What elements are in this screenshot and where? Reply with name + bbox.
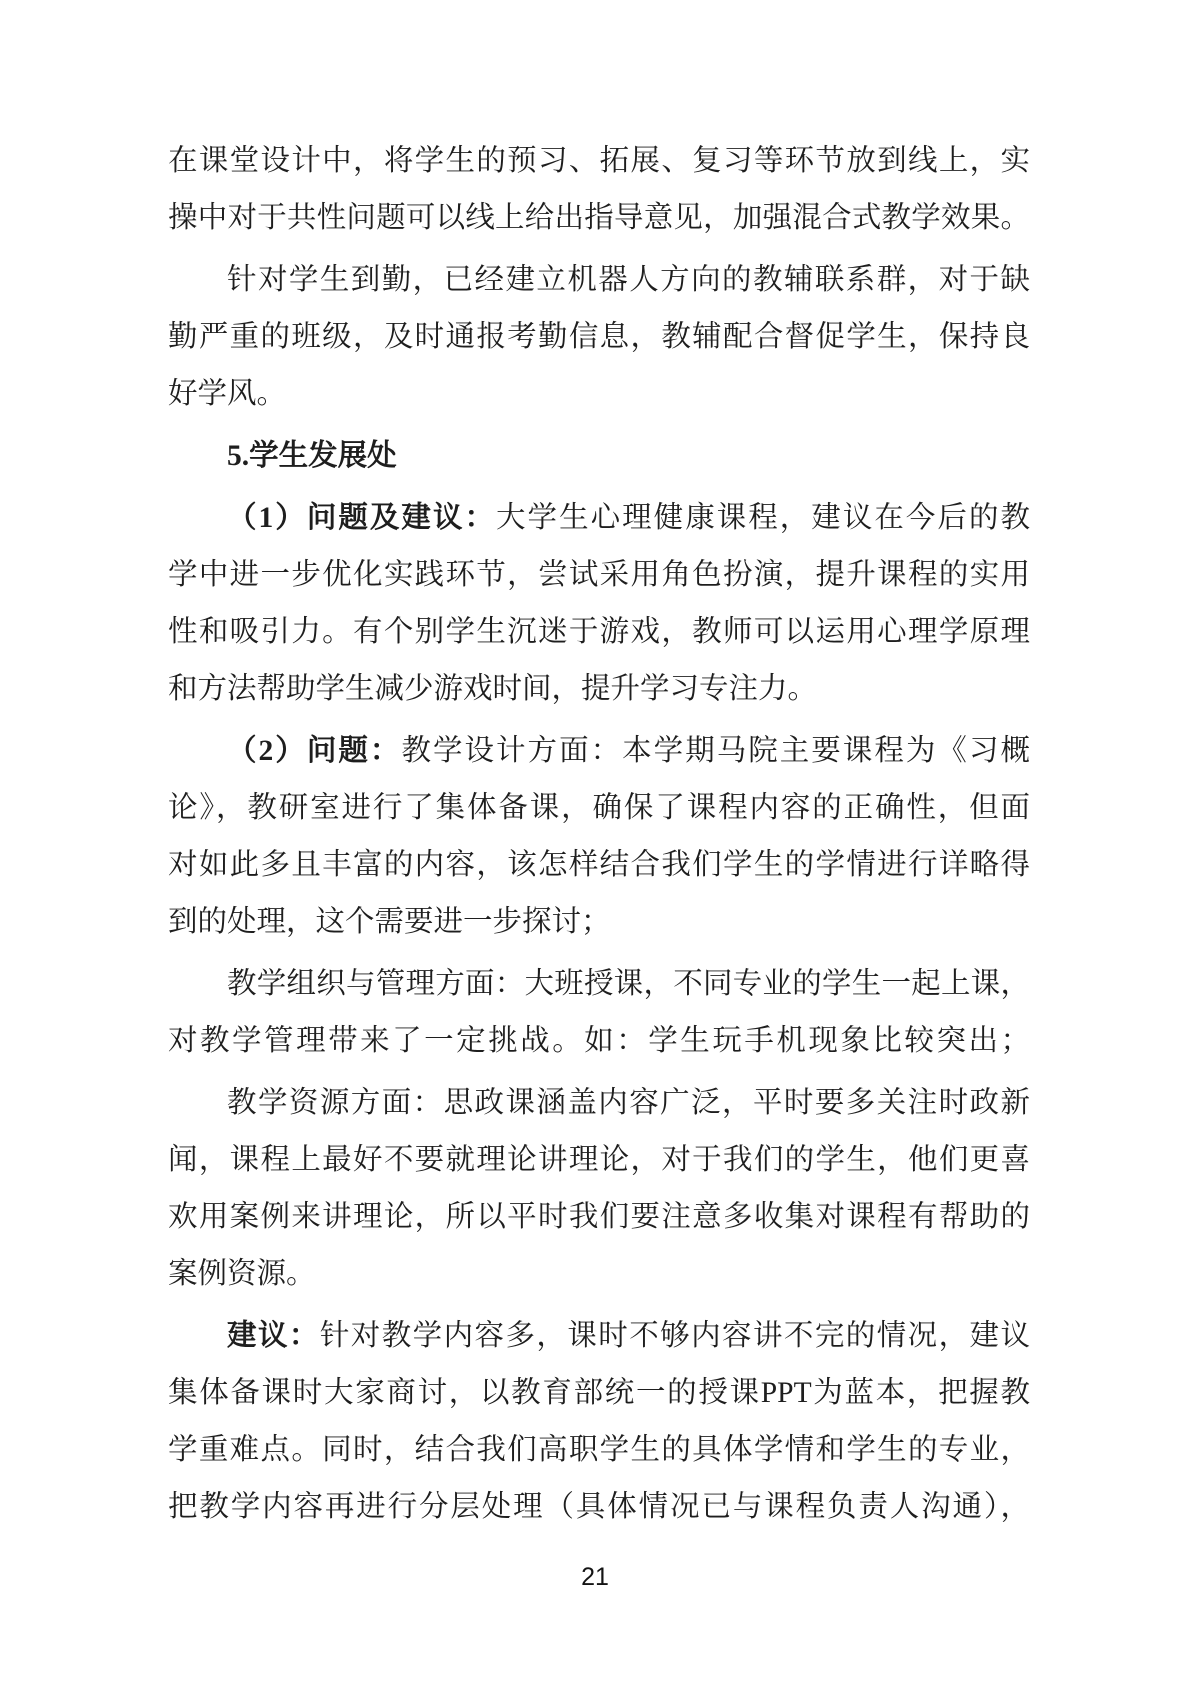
text-run: 好学风。 — [168, 378, 286, 410]
text-line: 性和吸引力。有个别学生沉迷于游戏，教师可以运用心理学原理 — [168, 604, 1030, 661]
text-run: 对如此多且丰富的内容，该怎样结合我们学生的学情进行详略得 — [168, 849, 1030, 881]
text-run: 把教学内容再进行分层处理（具体情况已与课程负责人沟通）， — [168, 1491, 1030, 1523]
text-run: 性和吸引力。有个别学生沉迷于游戏，教师可以运用心理学原理 — [168, 616, 1030, 648]
text-line: 学中进一步优化实践环节，尝试采用角色扮演，提升课程的实用 — [168, 547, 1030, 604]
text-line: 教学组织与管理方面：大班授课，不同专业的学生一起上课， — [168, 956, 1030, 1013]
text-line: 论》，教研室进行了集体备课，确保了课程内容的正确性，但面 — [168, 780, 1030, 837]
text-run: 教学组织与管理方面：大班授课，不同专业的学生一起上课， — [227, 968, 1030, 1000]
text-line: 和方法帮助学生减少游戏时间，提升学习专注力。 — [168, 661, 1030, 718]
text-run: 教学资源方面：思政课涵盖内容广泛，平时要多关注时政新 — [227, 1087, 1030, 1119]
text-line: 把教学内容再进行分层处理（具体情况已与课程负责人沟通）， — [168, 1479, 1030, 1536]
text-line: 案例资源。 — [168, 1246, 1030, 1303]
text-run: 教学设计方面：本学期马院主要课程为《习概 — [401, 735, 1030, 767]
text-line: （2）问题：教学设计方面：本学期马院主要课程为《习概 — [168, 723, 1030, 780]
text-line: 到的处理，这个需要进一步探讨； — [168, 894, 1030, 951]
text-line: 操中对于共性问题可以线上给出指导意见，加强混合式教学效果。 — [168, 190, 1030, 247]
document-page: 在课堂设计中，将学生的预习、拓展、复习等环节放到线上，实操中对于共性问题可以线上… — [0, 0, 1190, 1683]
text-run: 集体备课时大家商讨，以教育部统一的授课PPT为蓝本，把握教 — [168, 1377, 1030, 1409]
text-run: 欢用案例来讲理论，所以平时我们要注意多收集对课程有帮助的 — [168, 1201, 1030, 1233]
text-run: （1）问题及建议： — [227, 502, 496, 534]
text-line: 建议：针对教学内容多，课时不够内容讲不完的情况，建议 — [168, 1308, 1030, 1365]
text-run: 到的处理，这个需要进一步探讨； — [168, 906, 611, 938]
text-run: 闻，课程上最好不要就理论讲理论，对于我们的学生，他们更喜 — [168, 1144, 1030, 1176]
text-run: 勤严重的班级，及时通报考勤信息，教辅配合督促学生，保持良 — [168, 321, 1030, 353]
text-run: 案例资源。 — [168, 1258, 316, 1290]
text-line: 欢用案例来讲理论，所以平时我们要注意多收集对课程有帮助的 — [168, 1189, 1030, 1246]
text-run: 针对学生到勤，已经建立机器人方向的教辅联系群，对于缺 — [227, 264, 1030, 296]
text-line: 针对学生到勤，已经建立机器人方向的教辅联系群，对于缺 — [168, 252, 1030, 309]
text-run: 论》，教研室进行了集体备课，确保了课程内容的正确性，但面 — [168, 792, 1030, 824]
text-run: 在课堂设计中，将学生的预习、拓展、复习等环节放到线上，实 — [168, 145, 1030, 177]
text-run: 大学生心理健康课程，建议在今后的教 — [496, 502, 1030, 534]
text-run: 对教学管理带来了一定挑战。如：学生玩手机现象比较突出； — [168, 1025, 1030, 1057]
text-line: （1）问题及建议：大学生心理健康课程，建议在今后的教 — [168, 490, 1030, 547]
page-number: 21 — [0, 1562, 1190, 1592]
text-line: 教学资源方面：思政课涵盖内容广泛，平时要多关注时政新 — [168, 1075, 1030, 1132]
text-run: （2）问题： — [227, 735, 401, 767]
text-run: 和方法帮助学生减少游戏时间，提升学习专注力。 — [168, 673, 817, 705]
text-run: 学中进一步优化实践环节，尝试采用角色扮演，提升课程的实用 — [168, 559, 1030, 591]
text-run: 5.学生发展处 — [227, 440, 397, 472]
text-line: 5.学生发展处 — [168, 428, 1030, 485]
text-line: 集体备课时大家商讨，以教育部统一的授课PPT为蓝本，把握教 — [168, 1365, 1030, 1422]
text-line: 勤严重的班级，及时通报考勤信息，教辅配合督促学生，保持良 — [168, 309, 1030, 366]
text-run: 针对教学内容多，课时不够内容讲不完的情况，建议 — [320, 1320, 1030, 1352]
text-line: 对教学管理带来了一定挑战。如：学生玩手机现象比较突出； — [168, 1013, 1030, 1070]
text-line: 在课堂设计中，将学生的预习、拓展、复习等环节放到线上，实 — [168, 133, 1030, 190]
text-line: 对如此多且丰富的内容，该怎样结合我们学生的学情进行详略得 — [168, 837, 1030, 894]
text-run: 学重难点。同时，结合我们高职学生的具体学情和学生的专业， — [168, 1434, 1030, 1466]
text-line: 闻，课程上最好不要就理论讲理论，对于我们的学生，他们更喜 — [168, 1132, 1030, 1189]
text-line: 学重难点。同时，结合我们高职学生的具体学情和学生的专业， — [168, 1422, 1030, 1479]
text-run: 操中对于共性问题可以线上给出指导意见，加强混合式教学效果。 — [168, 202, 1030, 234]
document-body: 在课堂设计中，将学生的预习、拓展、复习等环节放到线上，实操中对于共性问题可以线上… — [168, 133, 1030, 1536]
text-run: 建议： — [227, 1320, 320, 1352]
text-line: 好学风。 — [168, 366, 1030, 423]
